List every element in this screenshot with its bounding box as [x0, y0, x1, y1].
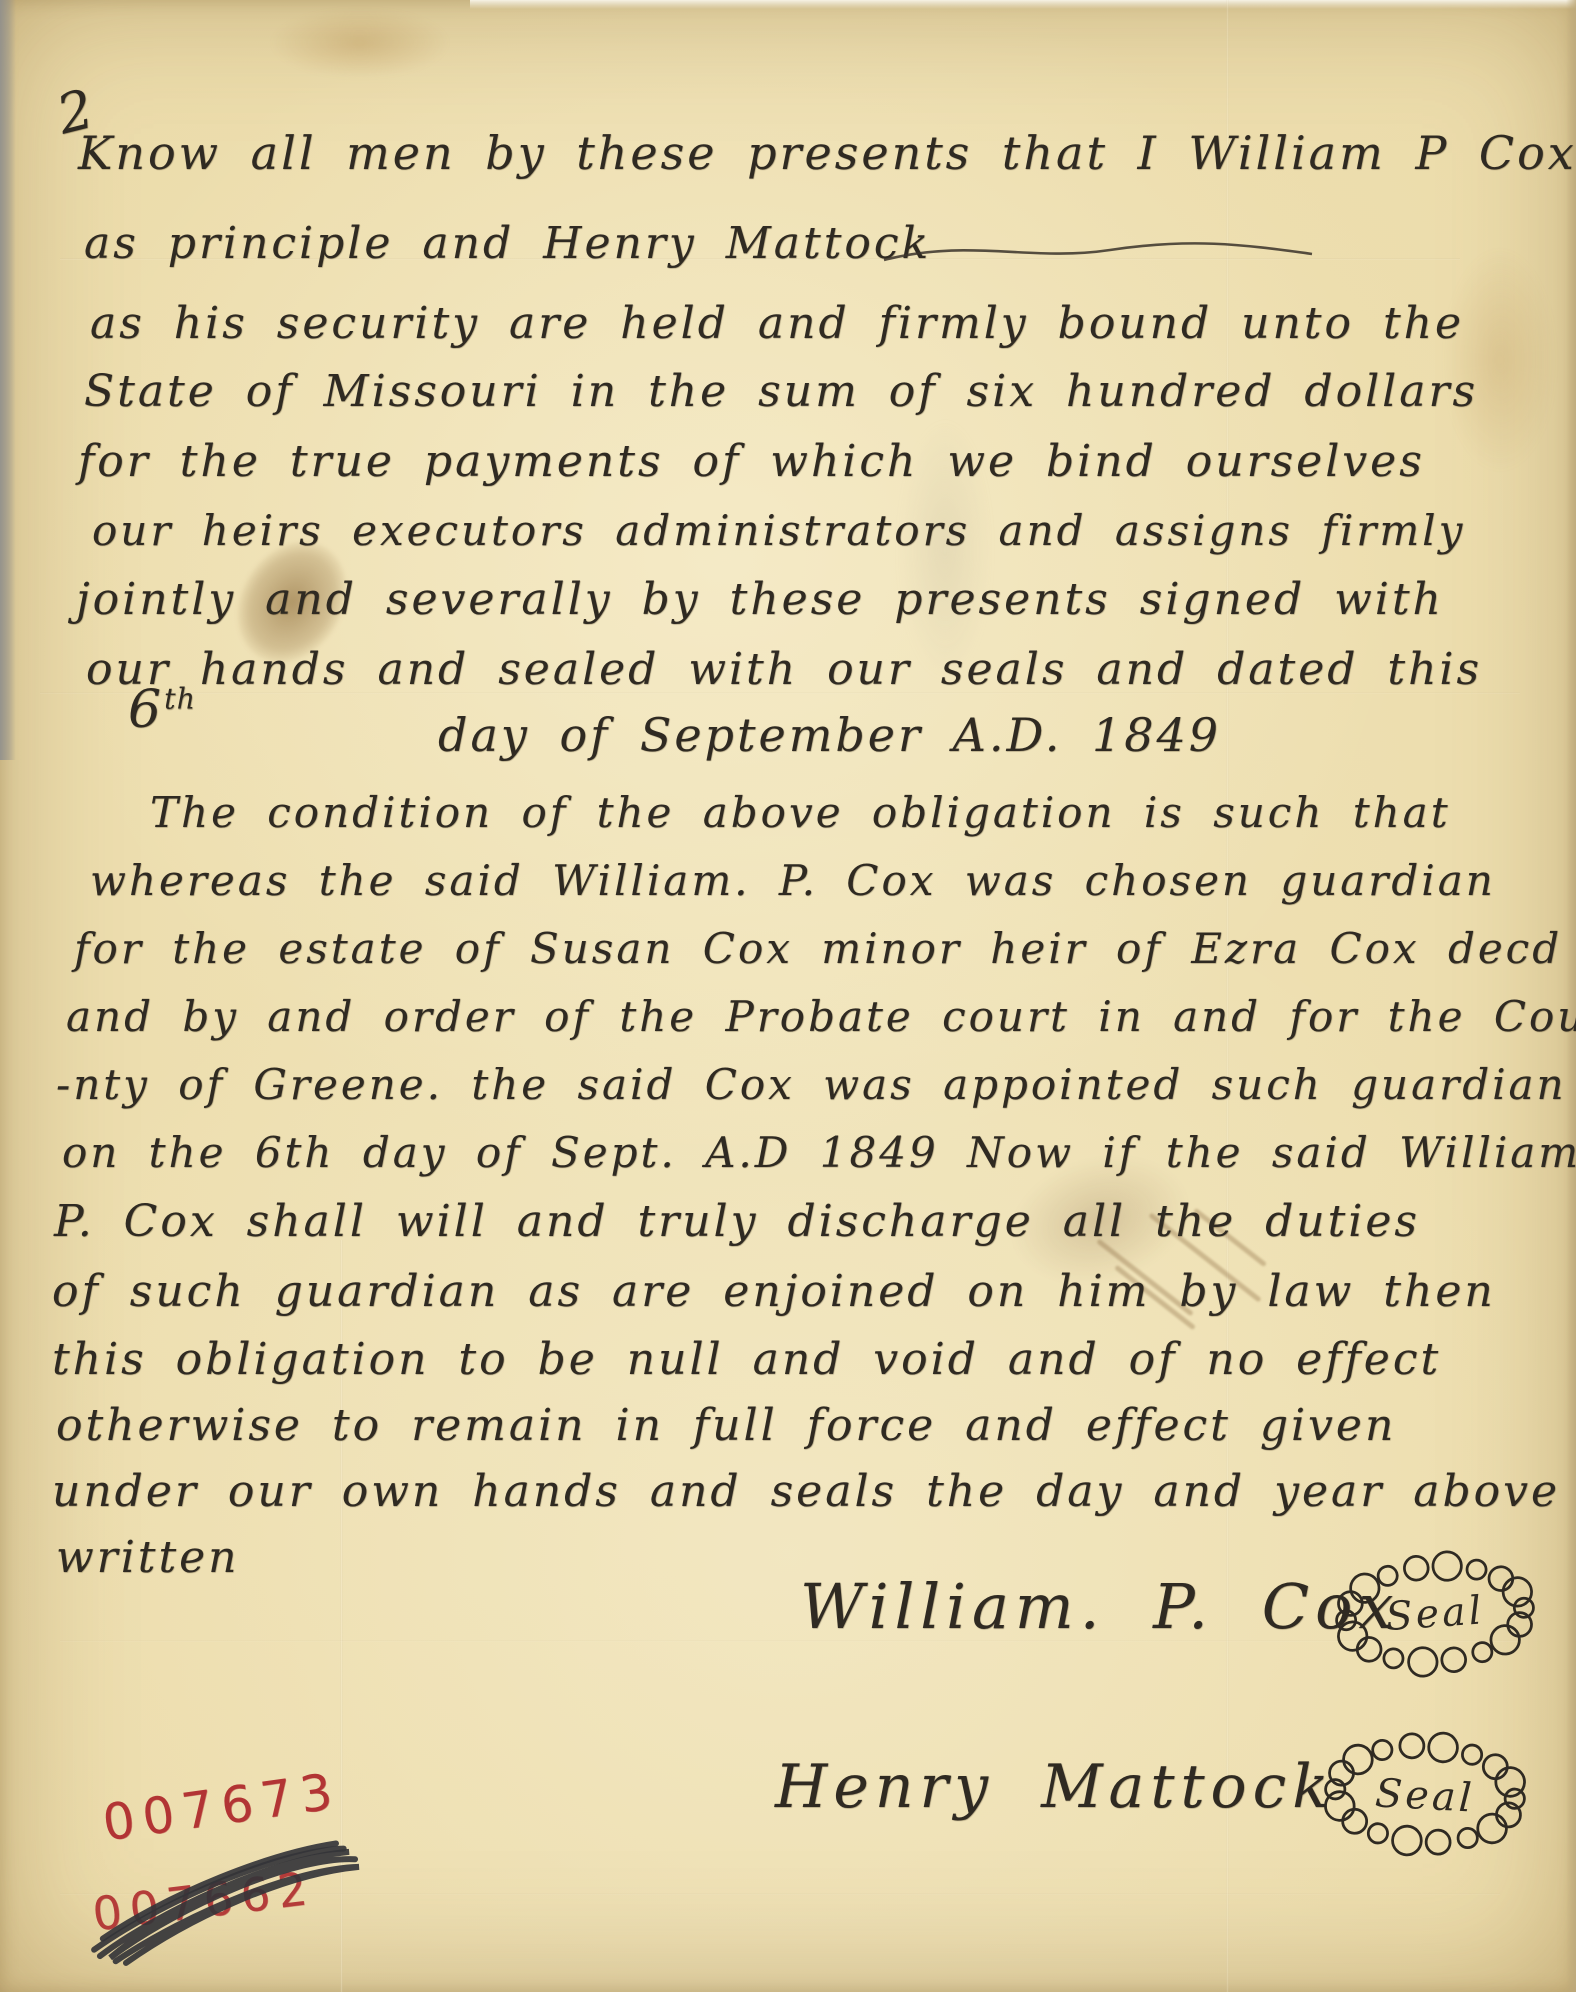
paper-stain	[270, 8, 450, 78]
manuscript-line: Know all men by these presents that I Wi…	[78, 126, 1576, 180]
filler-line	[880, 236, 1320, 272]
signature-henry-mattock: Henry Mattock	[775, 1752, 1335, 1822]
date-day-number: 6	[128, 680, 164, 740]
manuscript-line: under our own hands and seals the day an…	[52, 1466, 1560, 1517]
manuscript-line: as principle and Henry Mattock	[84, 218, 931, 269]
manuscript-line: as his security are held and firmly boun…	[90, 298, 1464, 349]
manuscript-line: our hands and sealed with our seals and …	[86, 644, 1482, 695]
manuscript-line: jointly and severally by these presents …	[76, 574, 1444, 625]
manuscript-line: for the true payments of which we bind o…	[78, 436, 1425, 487]
manuscript-date-rest: day of September A.D. 1849	[438, 708, 1221, 762]
signature-william-p-cox: William. P. Cox	[800, 1570, 1399, 1643]
crossed-out-number-stamp: 007662	[90, 1861, 319, 1942]
date-ordinal: th	[164, 682, 196, 716]
manuscript-line: our heirs executors administrators and a…	[92, 506, 1465, 555]
scan-edge-top	[470, 0, 1576, 9]
manuscript-line: whereas the said William. P. Cox was cho…	[90, 856, 1496, 905]
manuscript-line: of such guardian as are enjoined on him …	[52, 1266, 1496, 1317]
manuscript-line: on the 6th day of Sept. A.D 1849 Now if …	[62, 1128, 1576, 1177]
manuscript-line: for the estate of Susan Cox minor heir o…	[74, 924, 1562, 973]
manuscript-line: written	[56, 1532, 240, 1583]
manuscript-line: this obligation to be null and void and …	[52, 1334, 1441, 1385]
manuscript-line: P. Cox shall will and truly discharge al…	[54, 1196, 1420, 1247]
document-page: 2 Know all men by these presents that I …	[0, 0, 1576, 1992]
seal-label: Seal	[1384, 1588, 1486, 1640]
scan-edge-left	[0, 0, 16, 760]
manuscript-date-day: 6th	[128, 680, 196, 740]
seal-henry: Seal	[1314, 1716, 1535, 1871]
manuscript-line: otherwise to remain in full force and ef…	[56, 1400, 1396, 1451]
manuscript-line: and by and order of the Probate court in…	[66, 992, 1576, 1041]
seal-label: Seal	[1374, 1770, 1476, 1821]
paper-stain	[1445, 250, 1555, 470]
manuscript-line: -nty of Greene. the said Cox was appoint…	[56, 1060, 1567, 1109]
seal-william: Seal	[1323, 1537, 1546, 1692]
manuscript-line: The condition of the above obligation is…	[150, 788, 1451, 837]
manuscript-line: State of Missouri in the sum of six hund…	[84, 366, 1478, 417]
